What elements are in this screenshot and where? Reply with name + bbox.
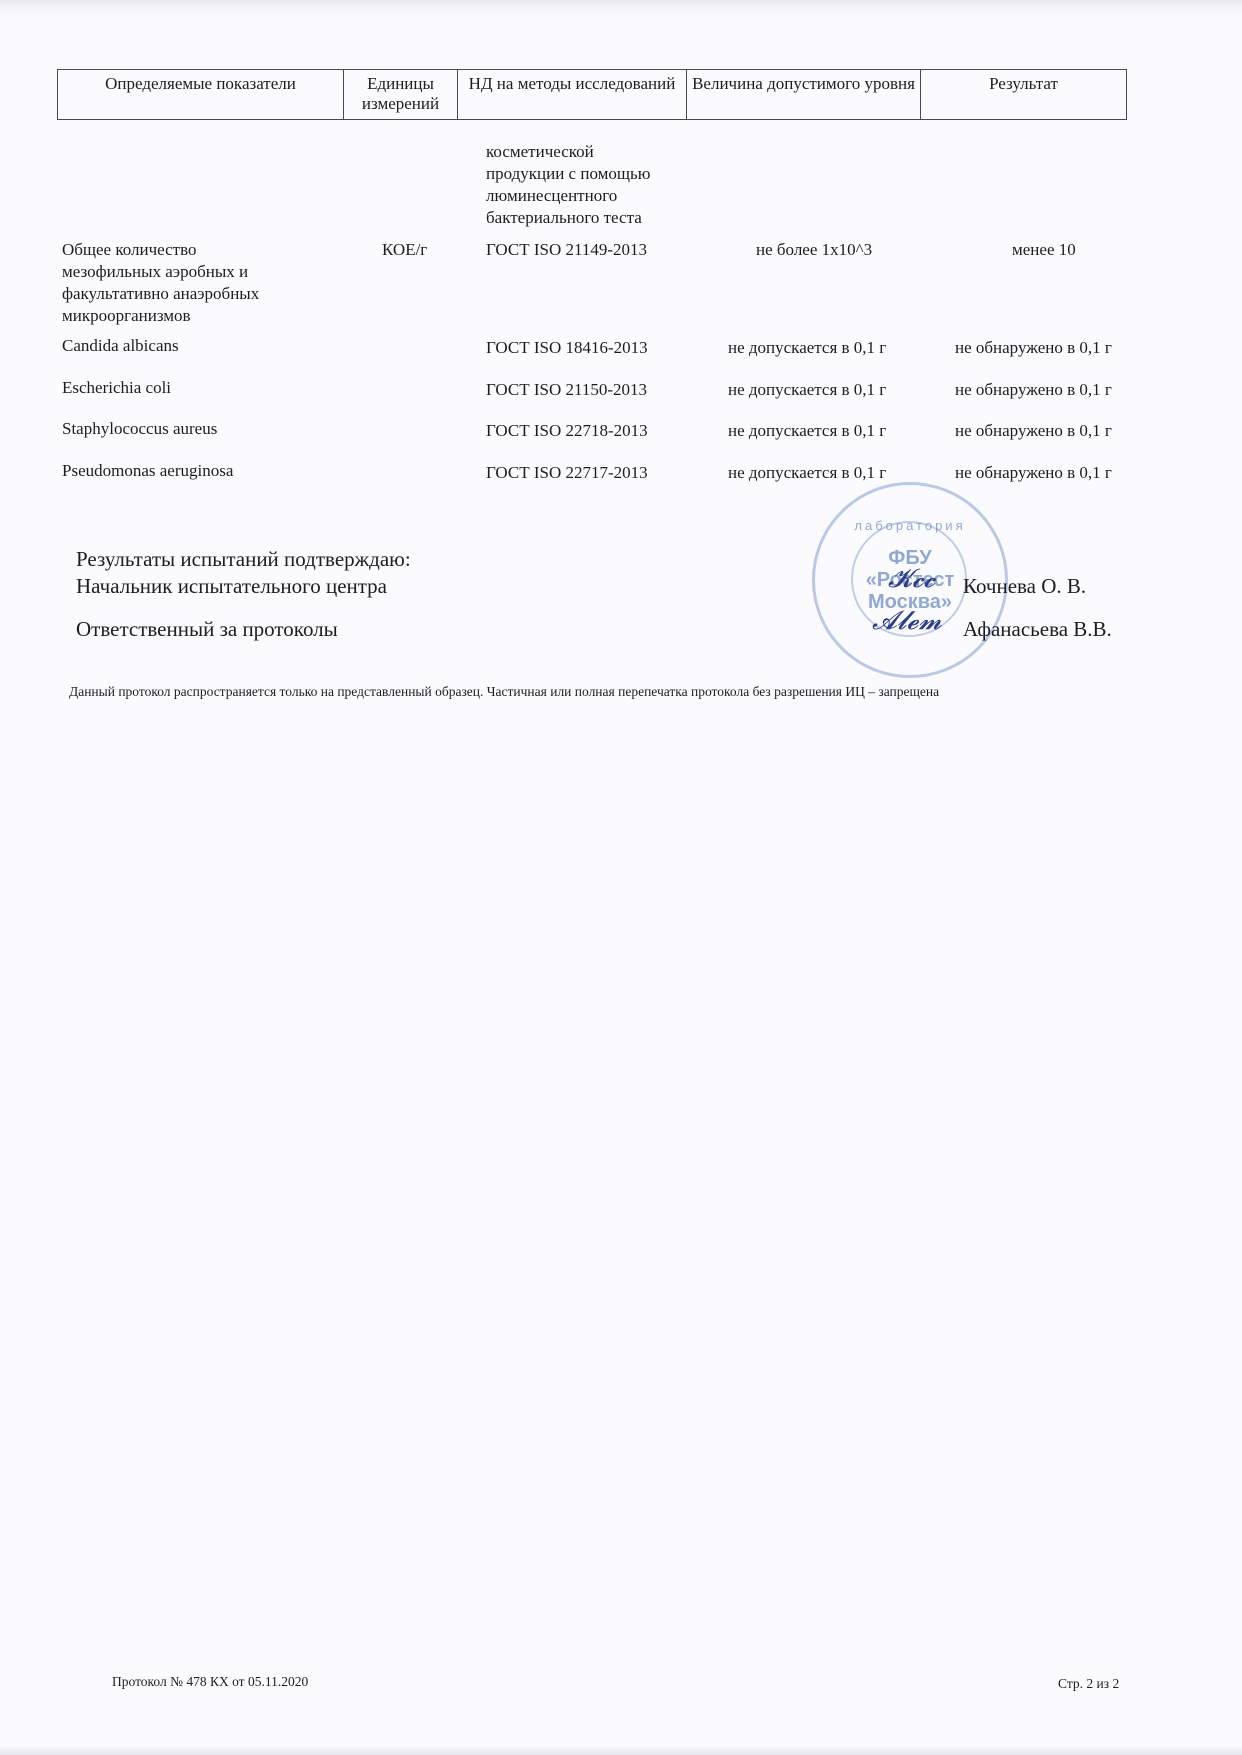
method-cell: ГОСТ ISO 18416-2013	[486, 338, 648, 358]
method-cell: ГОСТ ISO 22717-2013	[486, 463, 648, 483]
responsible-title: Ответственный за протоколы	[76, 616, 338, 642]
method-continued-line: продукции с помощью	[486, 164, 650, 184]
indicator-line: факультативно анаэробных	[62, 284, 259, 304]
method-continued-line: бактериального теста	[486, 208, 642, 228]
limit-cell: не допускается в 0,1 г	[728, 338, 886, 358]
indicator-cell: Candida albicans	[62, 336, 179, 356]
confirm-text: Результаты испытаний подтверждаю:	[76, 546, 411, 572]
header-indicator: Определяемые показатели	[58, 70, 344, 119]
result-cell: не обнаружено в 0,1 г	[955, 338, 1112, 358]
result-cell: не обнаружено в 0,1 г	[955, 463, 1112, 483]
handwritten-signature-head: 𝓚𝓬𝓬	[888, 564, 935, 595]
indicator-cell: Pseudomonas aeruginosa	[62, 461, 233, 481]
footer-page-number: Стр. 2 из 2	[1058, 1676, 1119, 1692]
result-cell: не обнаружено в 0,1 г	[955, 380, 1112, 400]
indicator-cell: Staphylococcus aureus	[62, 419, 217, 439]
responsible-name: Афанасьева В.В.	[963, 616, 1112, 642]
head-name: Кочнева О. В.	[963, 573, 1086, 599]
indicator-line: мезофильных аэробных и	[62, 262, 248, 282]
unit-cell: КОЕ/г	[382, 240, 427, 260]
limit-cell: не допускается в 0,1 г	[728, 421, 886, 441]
method-cell: ГОСТ ISO 22718-2013	[486, 421, 648, 441]
result-cell: менее 10	[1012, 240, 1076, 260]
disclaimer-note: Данный протокол распространяется только …	[69, 683, 1029, 701]
indicator-line: микроорганизмов	[62, 306, 191, 326]
header-result: Результат	[921, 70, 1126, 119]
method-cell: ГОСТ ISO 21150-2013	[486, 380, 647, 400]
method-cell: ГОСТ ISO 21149-2013	[486, 240, 647, 260]
method-continued-line: косметической	[486, 142, 594, 162]
indicator-line: Общее количество	[62, 240, 197, 260]
header-limit: Величина допустимого уровня	[687, 70, 921, 119]
stamp-arc-text: лаборатория	[815, 515, 1005, 537]
header-method: НД на методы исследований	[458, 70, 687, 119]
indicator-cell: Escherichia coli	[62, 378, 171, 398]
limit-cell: не более 1x10^3	[756, 240, 872, 260]
header-units: Единицы измерений	[344, 70, 458, 119]
handwritten-signature-responsible: 𝓐𝓵𝓮𝓶	[872, 606, 942, 637]
head-title: Начальник испытательного центра	[76, 573, 387, 599]
footer-protocol: Протокол № 478 КХ от 05.11.2020	[112, 1674, 308, 1690]
method-continued-line: люминесцентного	[486, 186, 617, 206]
limit-cell: не допускается в 0,1 г	[728, 380, 886, 400]
result-cell: не обнаружено в 0,1 г	[955, 421, 1112, 441]
limit-cell: не допускается в 0,1 г	[728, 463, 886, 483]
scan-edge-bottom	[0, 1745, 1242, 1755]
table-header: Определяемые показатели Единицы измерени…	[57, 69, 1127, 120]
scan-edge-top	[0, 0, 1242, 14]
